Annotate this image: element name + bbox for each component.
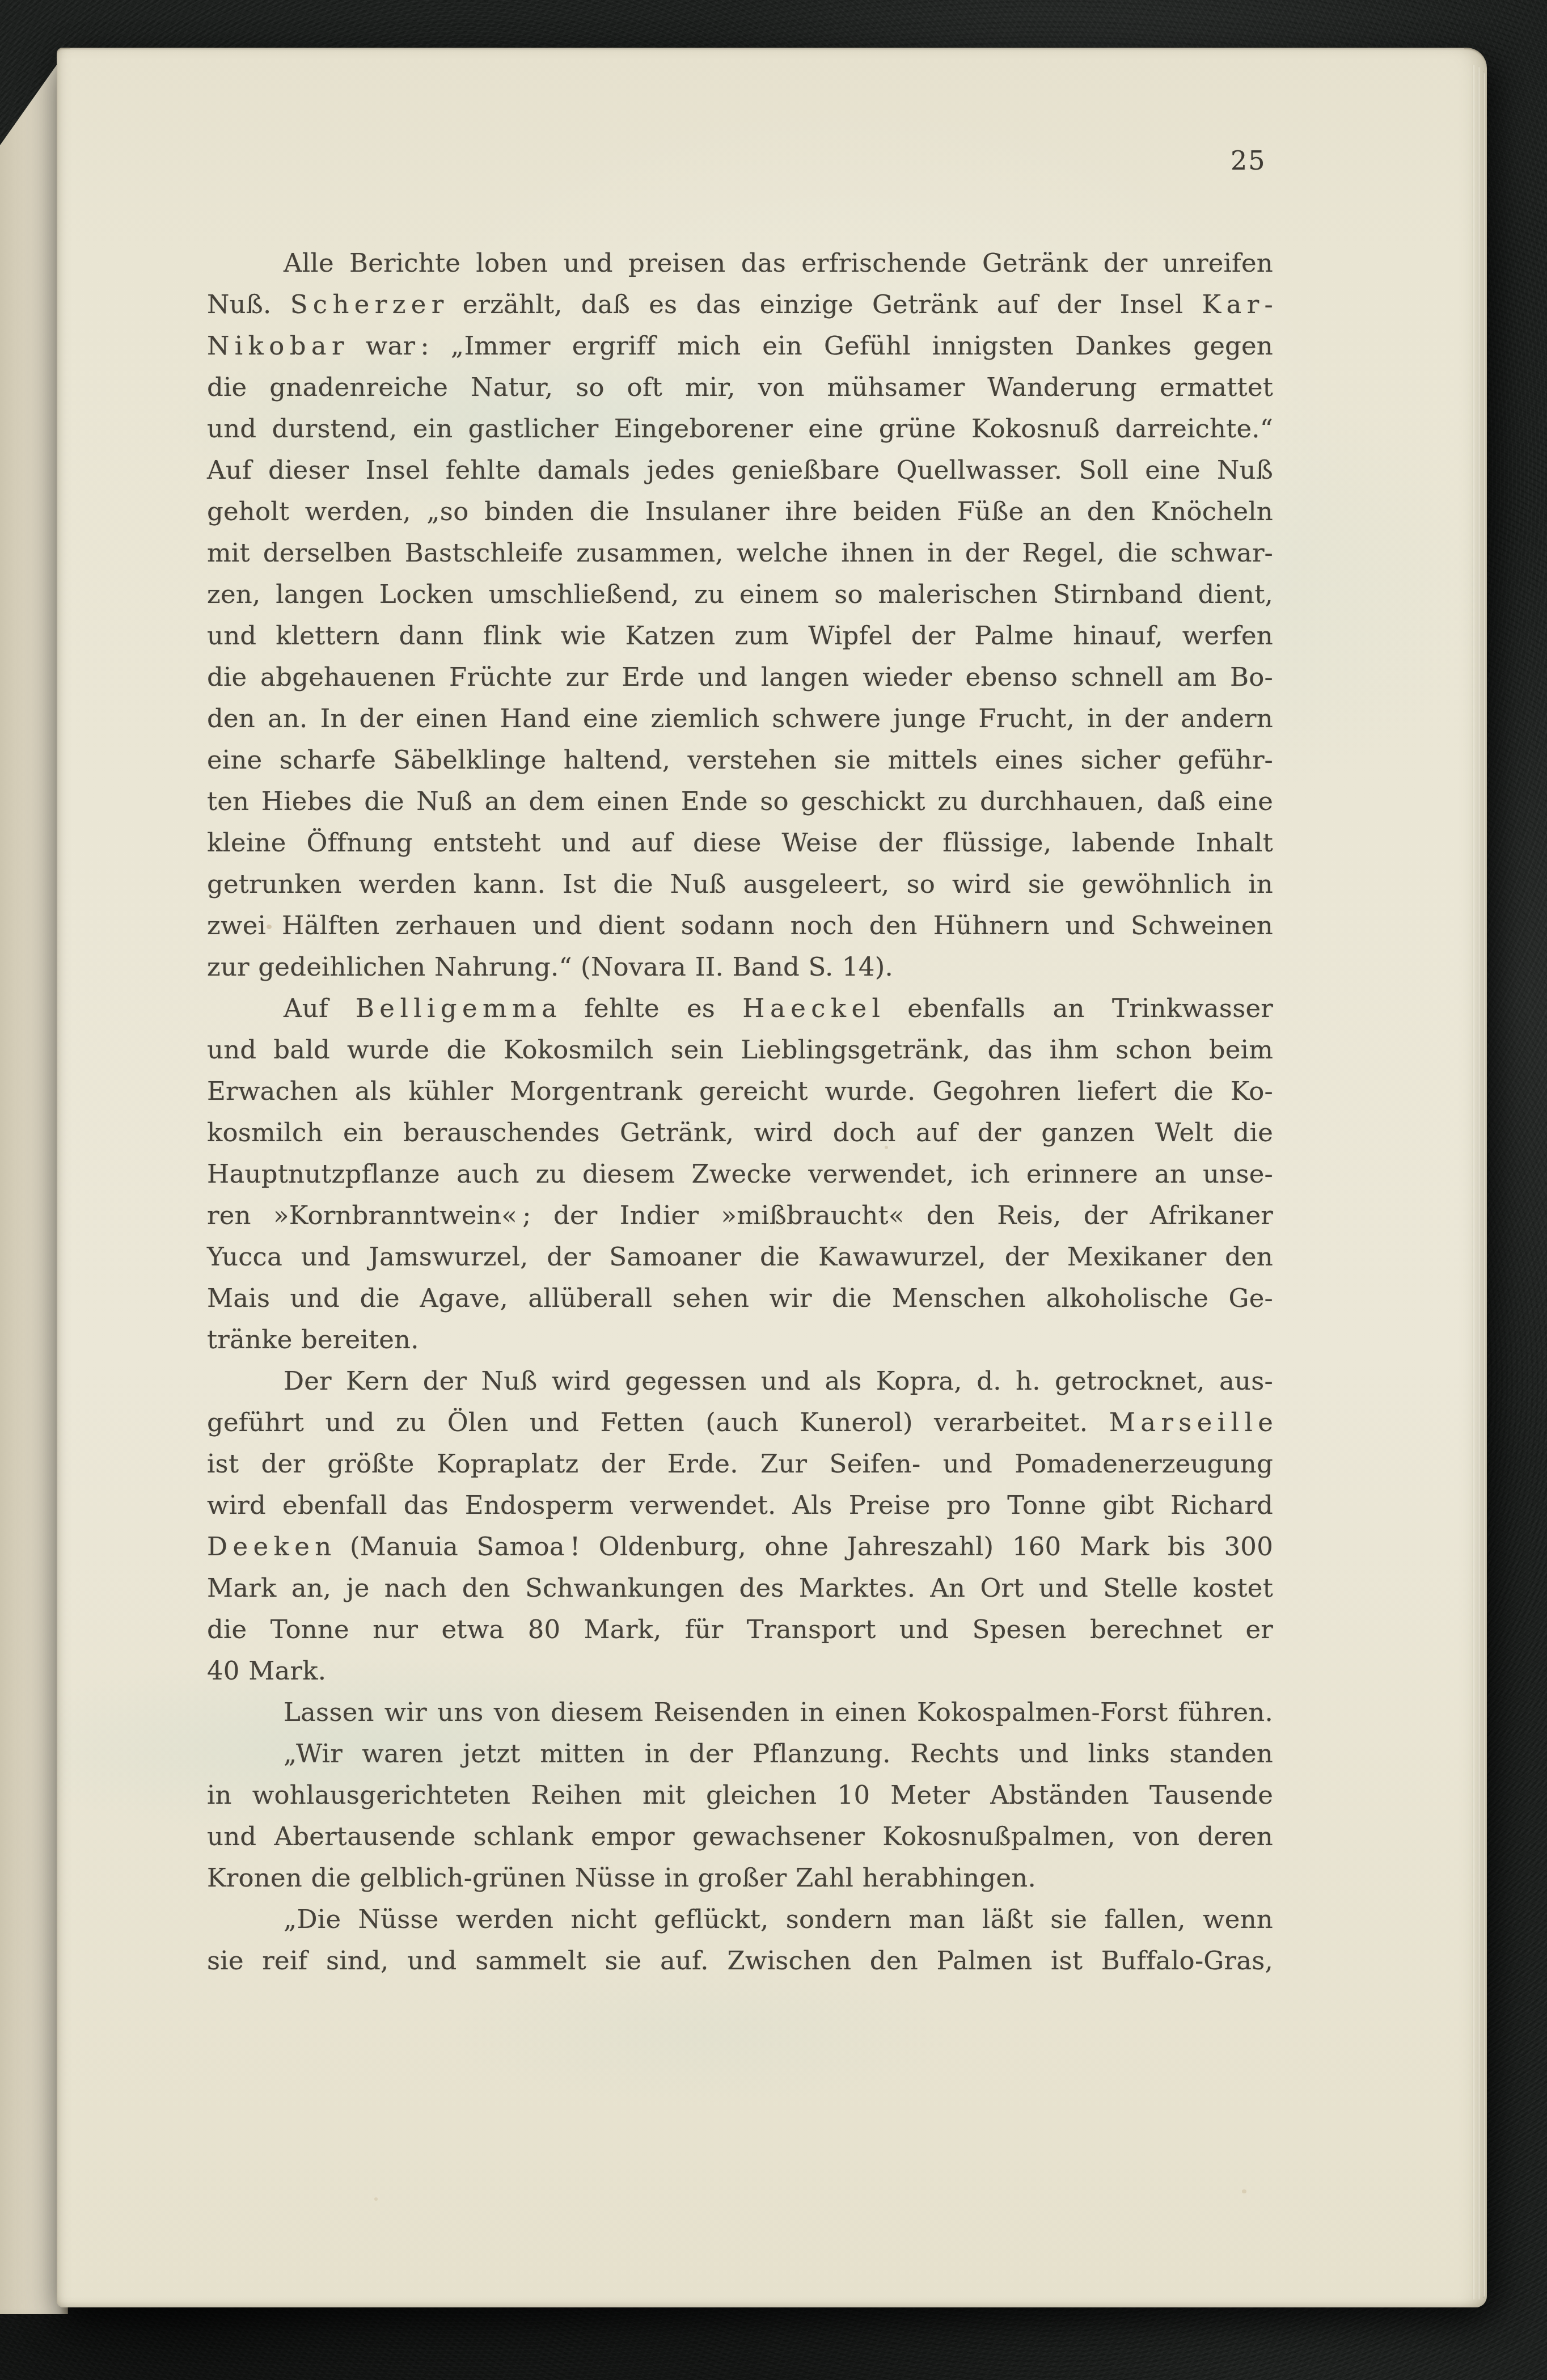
text-line: in wohlausgerichteten Reihen mit gleiche… <box>207 1774 1273 1816</box>
text-line: Mais und die Agave, allüberall sehen wir… <box>207 1277 1273 1319</box>
page-number: 25 <box>1231 145 1321 176</box>
text-line: D e e k e n (Manuia Samoa ! Oldenburg, o… <box>207 1526 1273 1567</box>
text-line: N i k o b a r war : „Immer ergriff mich … <box>207 325 1273 366</box>
text-line: Erwachen als kühler Morgentrank gereicht… <box>207 1070 1273 1112</box>
text-line: und Abertausende schlank empor gewachsen… <box>207 1816 1273 1857</box>
text-line: den an. In der einen Hand eine ziemlich … <box>207 698 1273 739</box>
text-line: geholt werden, „so binden die Insulaner … <box>207 491 1273 532</box>
text-line: Nuß. S c h e r z e r erzählt, daß es das… <box>207 284 1273 325</box>
text-line: zwei Hälften zerhauen und dient sodann n… <box>207 905 1273 946</box>
text-line: die abgehauenen Früchte zur Erde und lan… <box>207 656 1273 698</box>
text-line: Mark an, je nach den Schwankungen des Ma… <box>207 1567 1273 1609</box>
text-line: „Die Nüsse werden nicht geflückt, sonder… <box>207 1898 1273 1940</box>
text-line: zen, langen Locken umschließend, zu eine… <box>207 573 1273 615</box>
text-line: 40 Mark. <box>207 1650 1273 1691</box>
text-line: Lassen wir uns von diesem Reisenden in e… <box>207 1691 1273 1733</box>
text-line: Der Kern der Nuß wird gegessen und als K… <box>207 1360 1273 1402</box>
text-line: und bald wurde die Kokosmilch sein Liebl… <box>207 1029 1273 1070</box>
text-line: Kronen die gelblich-grünen Nüsse in groß… <box>207 1857 1273 1898</box>
text-line: und durstend, ein gastlicher Eingeborene… <box>207 408 1273 449</box>
text-line: eine scharfe Säbelklinge haltend, verste… <box>207 739 1273 780</box>
page-top-edge <box>70 48 1464 51</box>
text-line: sie reif sind, und sammelt sie auf. Zwis… <box>207 1940 1273 1981</box>
text-line: die gnadenreiche Natur, so oft mir, von … <box>207 366 1273 408</box>
text-line: Alle Berichte loben und preisen das erfr… <box>207 242 1273 284</box>
text-line: Auf dieser Insel fehlte damals jedes gen… <box>207 449 1273 491</box>
text-line: „Wir waren jetzt mitten in der Pflanzung… <box>207 1733 1273 1774</box>
text-line: getrunken werden kann. Ist die Nuß ausge… <box>207 863 1273 905</box>
text-line: zur gedeihlichen Nahrung.“ (Novara II. B… <box>207 946 1273 988</box>
text-line: Hauptnutzpflanze auch zu diesem Zwecke v… <box>207 1153 1273 1195</box>
text-line: kleine Öffnung entsteht und auf diese We… <box>207 822 1273 863</box>
text-line: ten Hiebes die Nuß an dem einen Ende so … <box>207 780 1273 822</box>
text-line: mit derselben Bastschleife zusammen, wel… <box>207 532 1273 573</box>
text-line: Yucca und Jamswurzel, der Samoaner die K… <box>207 1236 1273 1277</box>
text-line: tränke bereiten. <box>207 1319 1273 1360</box>
foxing-speck <box>1242 2189 1246 2193</box>
text-line: ist der größte Kopraplatz der Erde. Zur … <box>207 1443 1273 1484</box>
text-line: die Tonne nur etwa 80 Mark, für Transpor… <box>207 1609 1273 1650</box>
body-text: Alle Berichte loben und preisen das erfr… <box>207 242 1273 1981</box>
text-line: Auf B e l l i g e m m a fehlte es H a e … <box>207 988 1273 1029</box>
text-line: wird ebenfall das Endosperm verwendet. A… <box>207 1484 1273 1526</box>
text-line: und klettern dann flink wie Katzen zum W… <box>207 615 1273 656</box>
text-line: geführt und zu Ölen und Fetten (auch Kun… <box>207 1402 1273 1443</box>
page-fore-edge <box>1471 65 1486 2299</box>
book-page: 25 Alle Berichte loben und preisen das e… <box>57 48 1487 2307</box>
foxing-speck <box>374 2197 378 2201</box>
text-line: ren »Kornbranntwein« ; der Indier »mißbr… <box>207 1195 1273 1236</box>
text-line: kosmilch ein berauschendes Getränk, wird… <box>207 1112 1273 1153</box>
